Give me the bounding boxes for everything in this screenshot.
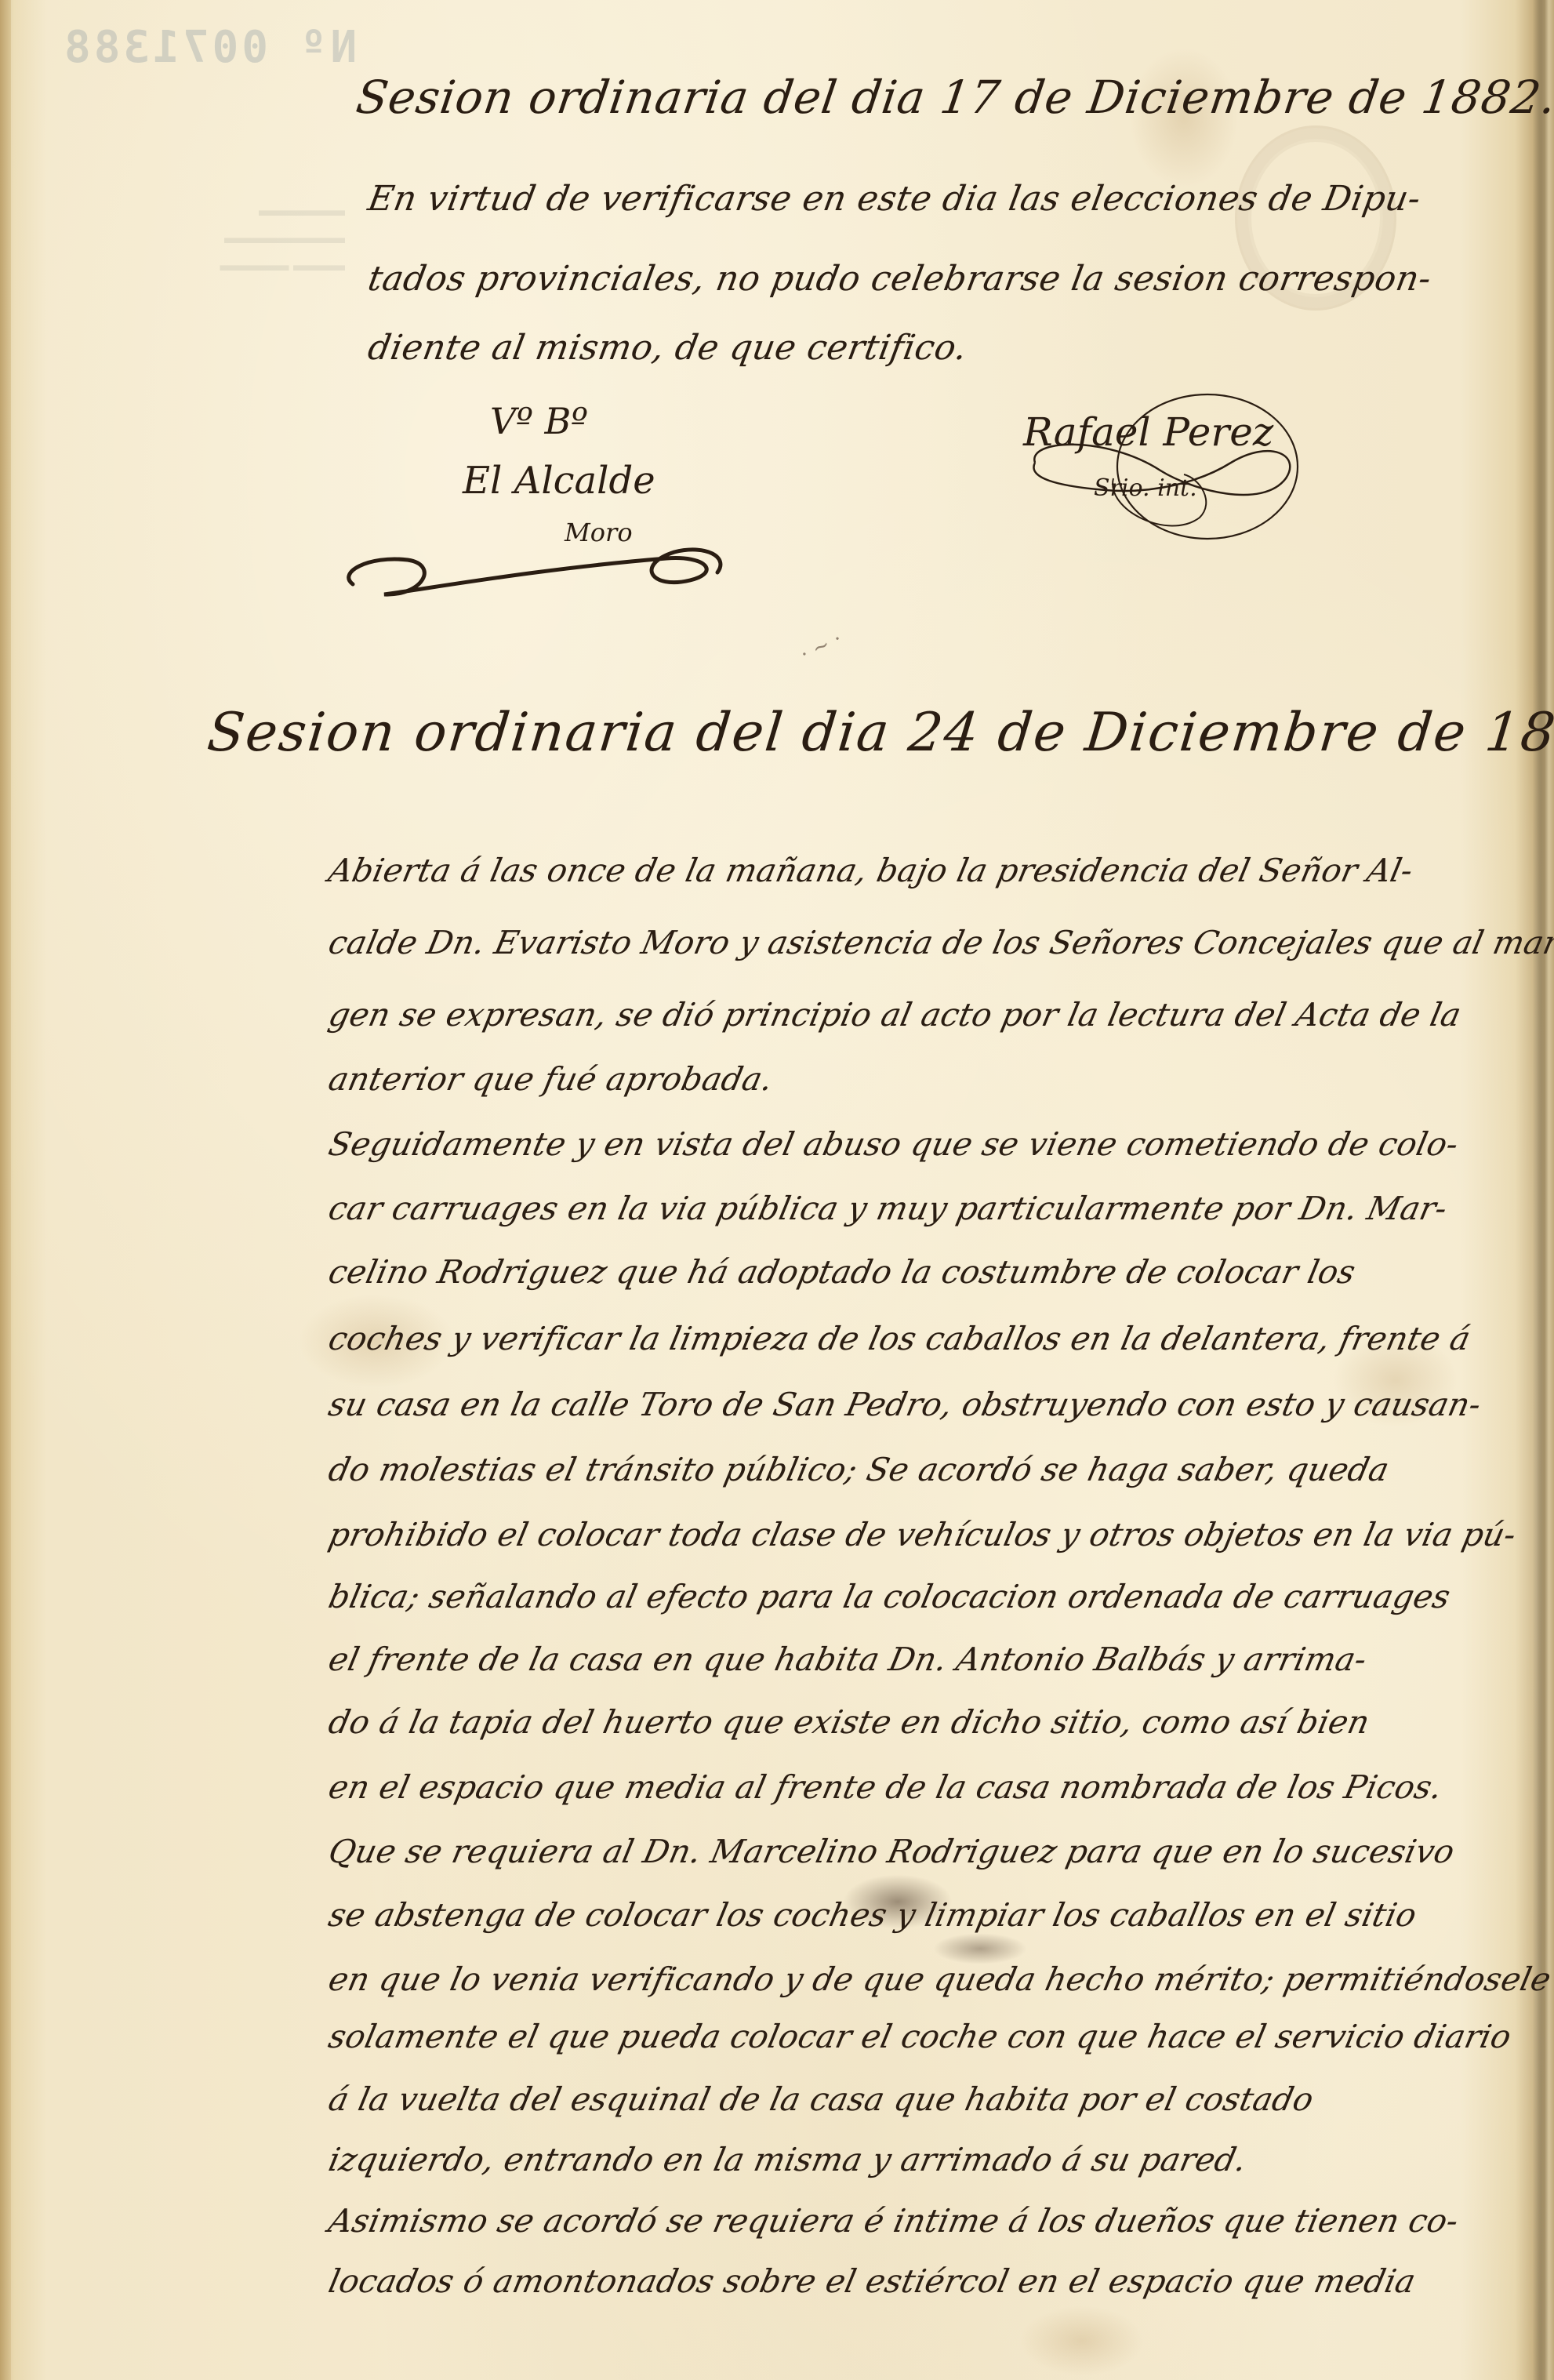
body-line: izquierdo, entrando en la misma y arrima… (325, 2141, 1251, 2178)
body-line: el frente de la casa en que habita Dn. A… (325, 1641, 1371, 1678)
body-line: gen se expresan, se dió principio al act… (325, 996, 1465, 1034)
body-line: prohibido el colocar toda clase de vehíc… (325, 1516, 1520, 1553)
bleed-through-stamp: ▬▬▬▬▬▬▬▬▬▬▬▬▬▬▬ ▬▬▬▬ (141, 196, 345, 329)
body-line: calde Dn. Evaristo Moro y asistencia de … (325, 924, 1554, 961)
body-line: Seguidamente y en vista del abuso que se… (325, 1125, 1462, 1163)
archive-stamp-number: Nº 0071388 (61, 22, 357, 73)
body-line: do á la tapia del huerto que existe en d… (325, 1703, 1373, 1741)
body-line: anterior que fué aprobada. (325, 1060, 776, 1098)
session-1-line: En virtud de verificarse en este dia las… (365, 179, 1425, 219)
body-line: Que se requiera al Dn. Marcelino Rodrigu… (325, 1833, 1458, 1870)
body-line: á la vuelta del esquinal de la casa que … (325, 2080, 1317, 2118)
body-line: locados ó amontonados sobre el estiércol… (325, 2262, 1419, 2300)
mayor-title: El Alcalde (463, 459, 655, 503)
body-line: blica; señalando al efecto para la coloc… (325, 1578, 1454, 1615)
session-1-title: Sesion ordinaria del dia 17 de Diciembre… (353, 71, 1554, 124)
manuscript-page: Nº 0071388 ▬▬▬▬▬▬▬▬▬▬▬▬▬▬▬ ▬▬▬▬ Sesion o… (0, 0, 1554, 2380)
body-line: do molestias el tránsito público; Se aco… (325, 1451, 1392, 1488)
body-line: car carruages en la via pública y muy pa… (325, 1190, 1451, 1227)
session-2-title: Sesion ordinaria del dia 24 de Diciembre… (205, 702, 1554, 764)
body-line: su casa en la calle Toro de San Pedro, o… (325, 1386, 1484, 1423)
separator-mark: · ~ · (797, 627, 845, 667)
body-line: solamente el que pueda colocar el coche … (325, 2018, 1515, 2055)
session-1-line: diente al mismo, de que certifico. (365, 328, 971, 368)
ink-blot (843, 1874, 953, 1929)
body-line: Asimismo se acordó se requiera é intime … (325, 2202, 1462, 2240)
body-line: coches y verificar la limpieza de los ca… (325, 1320, 1474, 1357)
mayor-signature-flourish-icon (337, 541, 745, 604)
body-line: Abierta á las once de la mañana, bajo la… (325, 852, 1417, 889)
body-line: en que lo venia verificando y de que que… (325, 1960, 1554, 1998)
paper-stain (1019, 2306, 1145, 2376)
body-line: en el espacio que media al frente de la … (325, 1768, 1446, 1806)
body-line: celino Rodriguez que há adoptado la cost… (325, 1253, 1359, 1291)
approval-mark: Vº Bº (490, 400, 588, 442)
page-right-edge (1537, 0, 1554, 2380)
session-1-line: tados provinciales, no pudo celebrarse l… (365, 259, 1435, 299)
secretary-signature-flourish-icon (1011, 392, 1309, 549)
ink-blot (933, 1933, 1027, 1964)
page-binding-edge (0, 0, 11, 2380)
